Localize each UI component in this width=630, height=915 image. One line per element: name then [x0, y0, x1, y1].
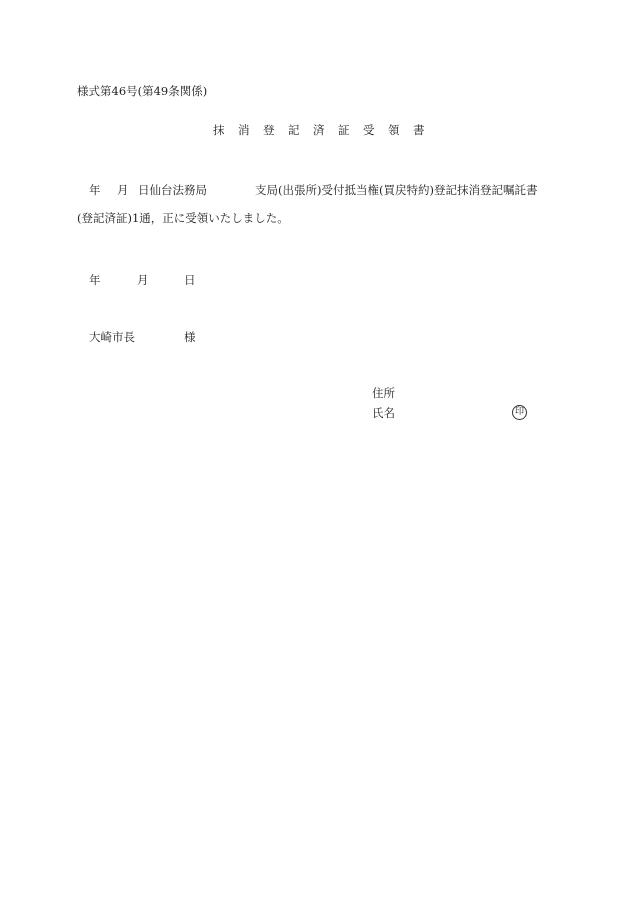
- document-title: 抹消登記済証受領書: [213, 123, 438, 137]
- name-label: 氏名: [372, 406, 395, 420]
- addressee-name: 大崎市長: [89, 330, 135, 344]
- title-char: 証: [338, 123, 350, 137]
- title-char: 済: [313, 123, 325, 137]
- title-char: 受: [363, 123, 375, 137]
- form-number: 様式第46号(第49条関係): [77, 84, 207, 98]
- title-char: 領: [388, 123, 400, 137]
- title-char: 登: [263, 123, 275, 137]
- date-month: 月: [137, 273, 149, 287]
- body-month: 月: [117, 183, 129, 197]
- title-char: 書: [413, 123, 425, 137]
- seal-icon: 印: [512, 405, 527, 420]
- date-year: 年: [89, 273, 101, 287]
- addressee-honorific: 様: [184, 330, 196, 344]
- date-day: 日: [184, 273, 196, 287]
- body-year: 年: [89, 183, 101, 197]
- address-label: 住所: [372, 386, 395, 400]
- title-char: 抹: [213, 123, 225, 137]
- body-day-office: 日仙台法務局: [138, 183, 207, 197]
- body-line-2: (登記済証)1通，正に受領いたしました。: [77, 211, 289, 225]
- body-branch-text: 支局(出張所)受付抵当権(買戻特約)登記抹消登記嘱託書: [255, 183, 537, 197]
- title-char: 記: [288, 123, 300, 137]
- title-char: 消: [238, 123, 250, 137]
